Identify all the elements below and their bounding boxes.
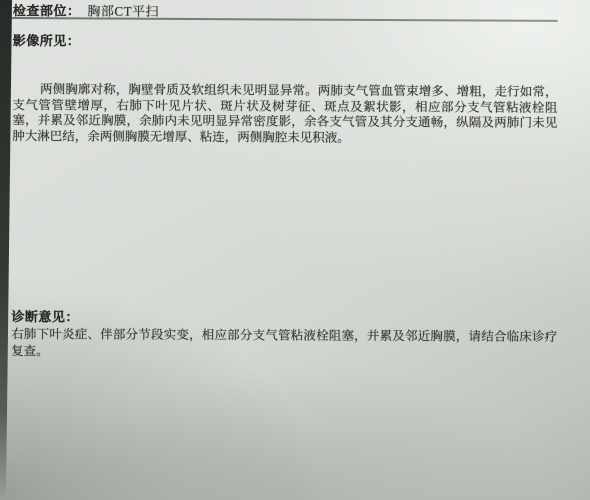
exam-site-label: 检查部位： — [13, 3, 81, 18]
report-content: 检查部位：胸部CT平扫 影像所见： 两侧胸廓对称，胸壁骨质及软组织未见明显异常。… — [0, 0, 590, 500]
diagnosis-section-label: 诊断意见： — [11, 306, 79, 325]
photo-backdrop: 检查部位：胸部CT平扫 影像所见： 两侧胸廓对称，胸壁骨质及软组织未见明显异常。… — [0, 0, 590, 500]
diagnosis-text: 右肺下叶炎症、伴部分节段实变，相应部分支气管粘液栓阻塞，并累及邻近胸膜，请结合临… — [11, 326, 557, 362]
header-divider — [10, 17, 558, 21]
report-paper: 检查部位：胸部CT平扫 影像所见： 两侧胸廓对称，胸壁骨质及软组织未见明显异常。… — [0, 0, 590, 500]
findings-text: 两侧胸廓对称，胸壁骨质及软组织未见明显异常。两肺支气管血管束增多、增粗，走行如常… — [12, 82, 557, 147]
findings-section-label: 影像所见： — [13, 30, 81, 49]
